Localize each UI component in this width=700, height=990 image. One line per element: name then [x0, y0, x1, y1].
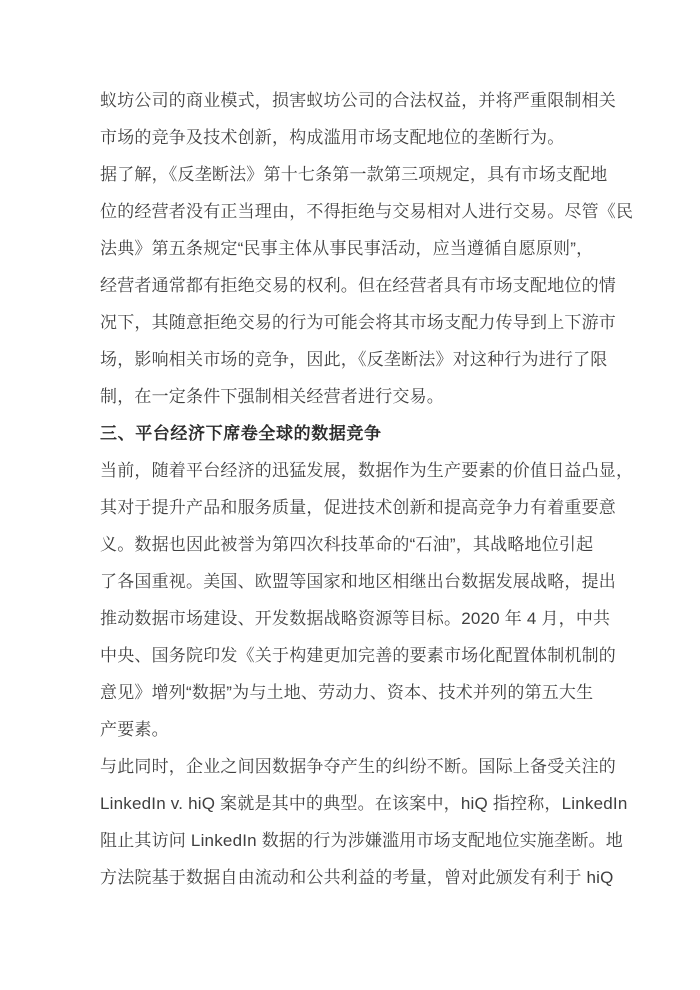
text-line: 意见》增列“数据”为与土地、劳动力、资本、技术并列的第五大生 [100, 674, 644, 711]
text-line: 市场的竞争及技术创新，构成滥用市场支配地位的垄断行为。 [100, 119, 644, 156]
text-line: 推动数据市场建设、开发数据战略资源等目标。2020 年 4 月，中共 [100, 600, 644, 637]
text-line: 其对于提升产品和服务质量，促进技术创新和提高竞争力有着重要意 [100, 489, 644, 526]
text-line: 场，影响相关市场的竞争，因此，《反垄断法》对这种行为进行了限 [100, 341, 644, 378]
text-line: 况下，其随意拒绝交易的行为可能会将其市场支配力传导到上下游市 [100, 304, 644, 341]
text-column: 蚁坊公司的商业模式，损害蚁坊公司的合法权益，并将严重限制相关市场的竞争及技术创新… [100, 82, 644, 896]
text-line: 了各国重视。美国、欧盟等国家和地区相继出台数据发展战略，提出 [100, 563, 644, 600]
text-line: 方法院基于数据自由流动和公共利益的考量，曾对此颁发有利于 hiQ [100, 859, 644, 896]
document-page: 蚁坊公司的商业模式，损害蚁坊公司的合法权益，并将严重限制相关市场的竞争及技术创新… [0, 0, 700, 990]
text-line: 位的经营者没有正当理由，不得拒绝与交易相对人进行交易。尽管《民 [100, 193, 644, 230]
text-line: 蚁坊公司的商业模式，损害蚁坊公司的合法权益，并将严重限制相关 [100, 82, 644, 119]
text-line: 阻止其访问 LinkedIn 数据的行为涉嫌滥用市场支配地位实施垄断。地 [100, 822, 644, 859]
text-line: 中央、国务院印发《关于构建更加完善的要素市场化配置体制机制的 [100, 637, 644, 674]
text-line: 制，在一定条件下强制相关经营者进行交易。 [100, 378, 644, 415]
text-line: 据了解，《反垄断法》第十七条第一款第三项规定，具有市场支配地 [100, 156, 644, 193]
text-line: LinkedIn v. hiQ 案就是其中的典型。在该案中，hiQ 指控称，Li… [100, 785, 644, 822]
text-line: 经营者通常都有拒绝交易的权利。但在经营者具有市场支配地位的情 [100, 267, 644, 304]
text-line: 义。数据也因此被誉为第四次科技革命的“石油”，其战略地位引起 [100, 526, 644, 563]
text-line: 与此同时，企业之间因数据争夺产生的纠纷不断。国际上备受关注的 [100, 748, 644, 785]
text-line: 当前，随着平台经济的迅猛发展，数据作为生产要素的价值日益凸显， [100, 452, 644, 489]
section-heading: 三、平台经济下席卷全球的数据竞争 [100, 415, 644, 452]
text-line: 产要素。 [100, 711, 644, 748]
text-line: 法典》第五条规定“民事主体从事民事活动，应当遵循自愿原则”， [100, 230, 644, 267]
